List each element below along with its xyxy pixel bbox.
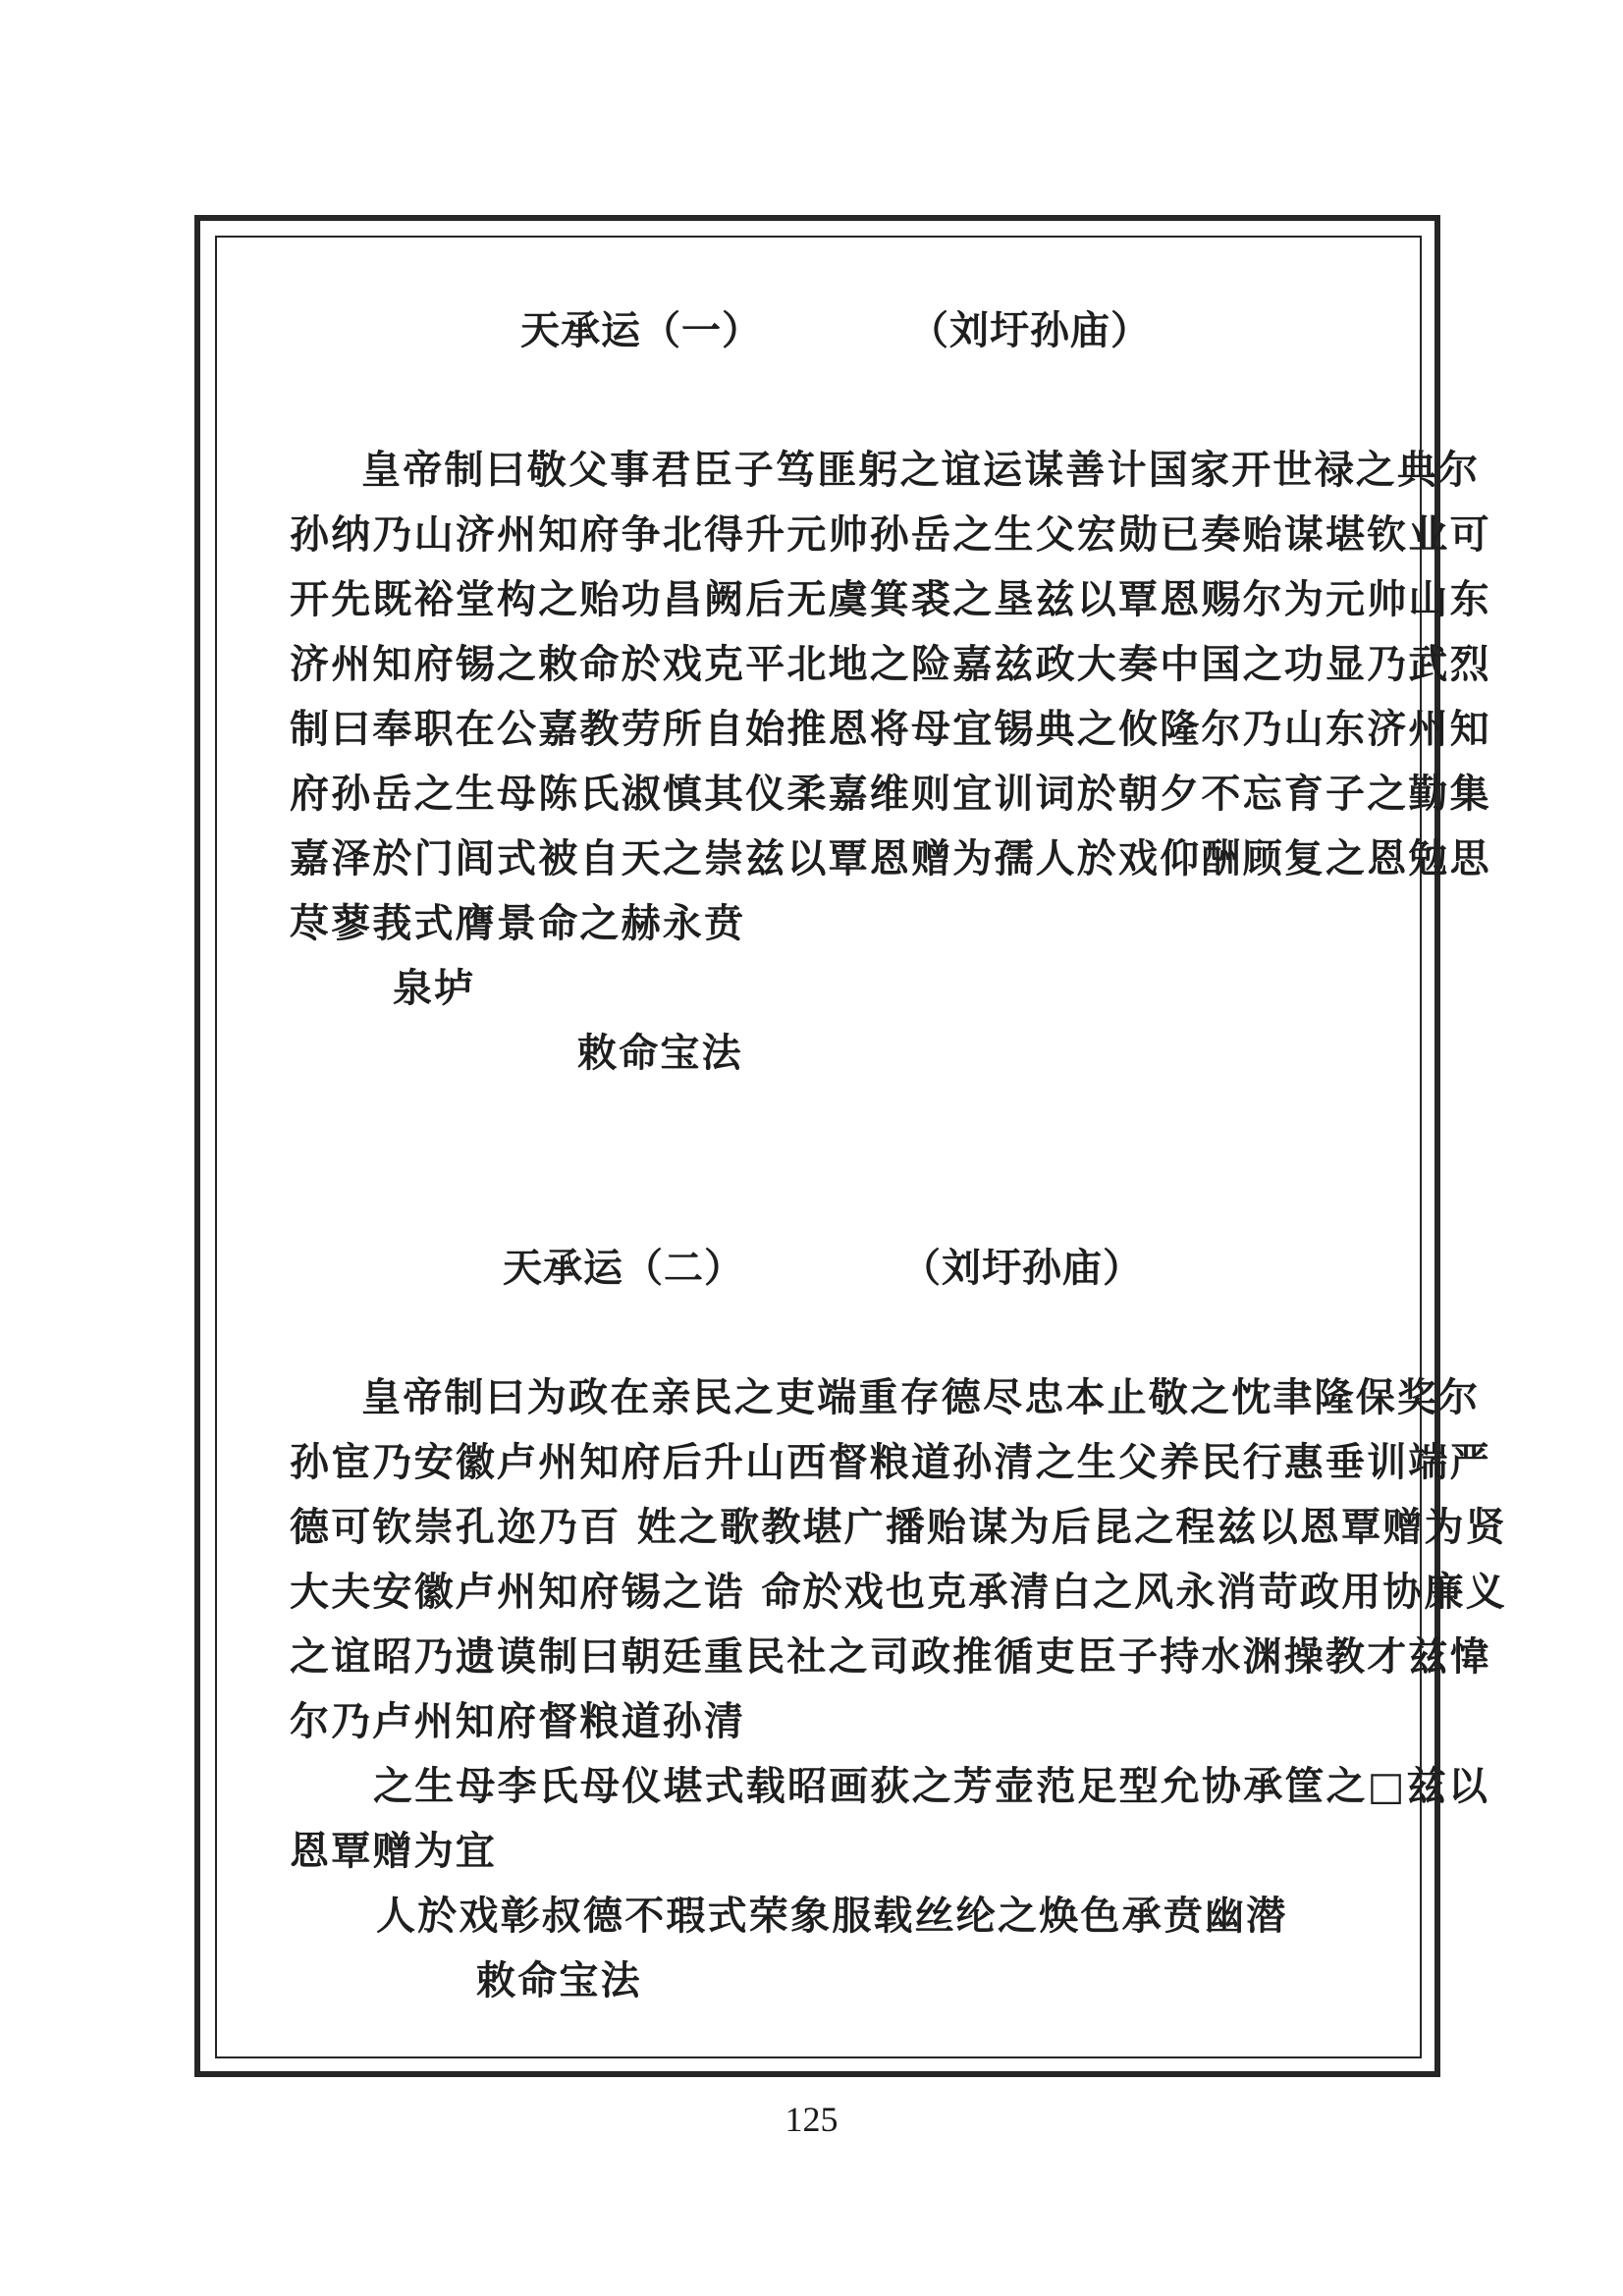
section-2-line-4: 大夫安徽卢州知府锡之诰 命於戏也克承清白之风永消苛政用协廉义 [290, 1569, 1507, 1616]
section-2-seal: 敕命宝法 [476, 1957, 642, 2004]
section-2-line-7: 之生母李氏母仪堪式载昭画荻之芳壶范足型允协承筐之□兹以 [373, 1763, 1489, 1810]
section-2-line-1: 皇帝制曰为政在亲民之吏端重存德尽忠本止敬之忱聿隆保奖尔 [361, 1374, 1480, 1421]
section-1-closing: 泉垆 [393, 965, 475, 1012]
section-1-title: 天承运（一） [520, 308, 762, 353]
section-2-line-6: 尔乃卢州知府督粮道孙清 [290, 1698, 745, 1745]
section-2-line-9: 人於戏彰叔德不瑕式荣象服载丝纶之焕色承贲幽潜 [376, 1893, 1287, 1940]
section-1-line-4: 济州知府锡之敕命於戏克平北地之险嘉兹政大奏中国之功显乃武烈 [290, 641, 1491, 688]
section-1-line-2: 孙纳乃山济州知府争北得升元帅孙岳之生父宏勋已奏贻谋堪钦业可 [290, 511, 1491, 559]
section-2-heading: 天承运（二）（刘圩孙庙） [503, 1237, 1143, 1293]
section-2-line-2: 孙宦乃安徽卢州知府后升山西督粮道孙清之生父养民行惠垂训端严 [290, 1439, 1491, 1486]
section-2-line-5: 之谊昭乃遗谟制曰朝廷重民社之司政推循吏臣子持水渊操教才兹愇 [290, 1633, 1491, 1681]
section-1-location: （刘圩孙庙） [909, 308, 1151, 353]
section-1-seal: 敕命宝法 [577, 1030, 743, 1077]
section-2-location: （刘圩孙庙） [901, 1246, 1143, 1291]
section-2-line-3: 德可钦崇孔迩乃百 姓之歌教堪广播贻谋为后昆之程兹以恩覃赠为贤 [290, 1504, 1507, 1551]
section-1-line-1: 皇帝制曰敬父事君臣子笃匪躬之谊运谋善计国家开世禄之典尔 [361, 447, 1480, 494]
section-1-line-7: 嘉泽於门闾式被自天之崇兹以覃恩赠为孺人於戏仰酬顾复之恩勉思 [290, 835, 1491, 882]
section-1-line-8: 荩蓼莪式膺景命之赫永贲 [290, 900, 745, 947]
section-1-line-6: 府孙岳之生母陈氏淑慎其仪柔嘉维则宜训词於朝夕不忘育子之勤集 [290, 771, 1491, 818]
section-2-title: 天承运（二） [503, 1246, 744, 1291]
page-number: 125 [0, 2099, 1623, 2140]
section-1-line-3: 开先既裕堂构之贻功昌阙后无虞箕裘之垦兹以覃恩赐尔为元帅山东 [290, 576, 1491, 623]
section-2-line-8: 恩覃赠为宜 [290, 1828, 497, 1875]
section-1-heading: 天承运（一）（刘圩孙庙） [520, 299, 1151, 355]
section-1-line-5: 制曰奉职在公嘉教劳所自始推恩将母宜锡典之攸隆尔乃山东济州知 [290, 706, 1491, 753]
